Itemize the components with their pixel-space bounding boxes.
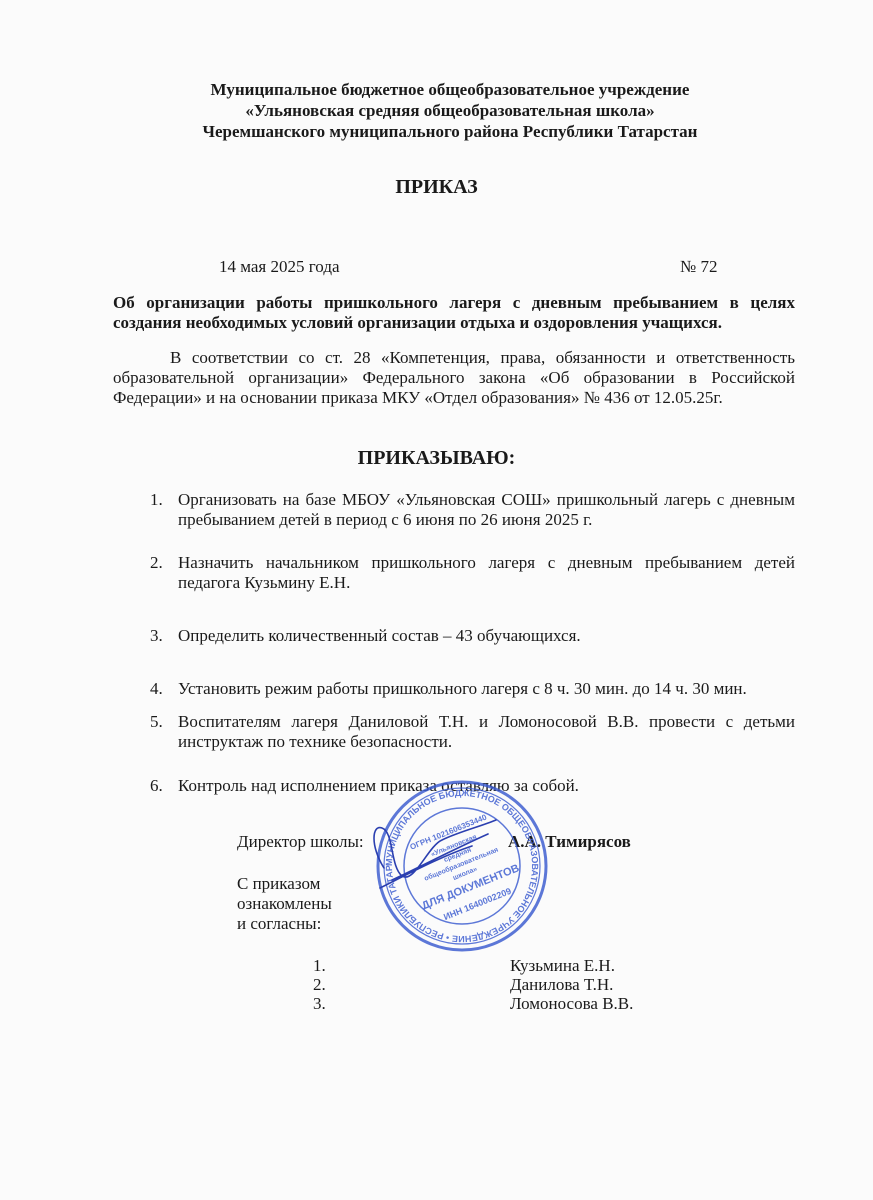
- item-number: 3.: [150, 626, 178, 646]
- header-line-2: «Ульяновская средняя общеобразовательная…: [150, 100, 750, 121]
- order-heading: ПРИКАЗЫВАЮ:: [0, 447, 873, 470]
- ack-name-3: Ломоносова В.В.: [510, 994, 633, 1014]
- order-item-3: 3. Определить количественный состав – 43…: [150, 626, 795, 646]
- document-title: ПРИКАЗ: [0, 176, 873, 199]
- item-text: Определить количественный состав – 43 об…: [178, 626, 795, 646]
- item-text: Организовать на базе МБОУ «Ульяновская С…: [178, 490, 795, 530]
- order-number: № 72: [680, 257, 717, 277]
- item-number: 5.: [150, 712, 178, 752]
- director-label: Директор школы:: [237, 832, 364, 852]
- order-item-5: 5. Воспитателям лагеря Даниловой Т.Н. и …: [150, 712, 795, 752]
- order-item-1: 1. Организовать на базе МБОУ «Ульяновска…: [150, 490, 795, 530]
- order-item-2: 2. Назначить начальником пришкольного ла…: [150, 553, 795, 593]
- document-page: Муниципальное бюджетное общеобразователь…: [0, 0, 873, 1200]
- ack-number-3: 3.: [313, 994, 326, 1014]
- order-date: 14 мая 2025 года: [219, 257, 340, 277]
- ack-name-2: Данилова Т.Н.: [510, 975, 613, 995]
- order-subject: Об организации работы пришкольного лагер…: [113, 293, 795, 333]
- ack-number-1: 1.: [313, 956, 326, 976]
- organization-header: Муниципальное бюджетное общеобразователь…: [150, 79, 750, 142]
- item-text: Воспитателям лагеря Даниловой Т.Н. и Лом…: [178, 712, 795, 752]
- item-number: 1.: [150, 490, 178, 530]
- order-preamble: В соответствии со ст. 28 «Компетенция, п…: [113, 348, 795, 408]
- signature-icon: [362, 806, 502, 896]
- item-text: Установить режим работы пришкольного лаг…: [178, 679, 795, 699]
- header-line-1: Муниципальное бюджетное общеобразователь…: [150, 79, 750, 100]
- ack-name-1: Кузьмина Е.Н.: [510, 956, 615, 976]
- item-number: 2.: [150, 553, 178, 593]
- ack-label-line-1: С приказом: [237, 874, 377, 894]
- ack-number-2: 2.: [313, 975, 326, 995]
- header-line-3: Черемшанского муниципального района Респ…: [150, 121, 750, 142]
- ack-label-line-2: ознакомлены: [237, 894, 377, 914]
- ack-label-line-3: и согласны:: [237, 914, 377, 934]
- item-text: Назначить начальником пришкольного лагер…: [178, 553, 795, 593]
- item-number: 6.: [150, 776, 178, 796]
- acknowledgement-label: С приказом ознакомлены и согласны:: [237, 874, 377, 934]
- order-item-4: 4. Установить режим работы пришкольного …: [150, 679, 795, 699]
- item-number: 4.: [150, 679, 178, 699]
